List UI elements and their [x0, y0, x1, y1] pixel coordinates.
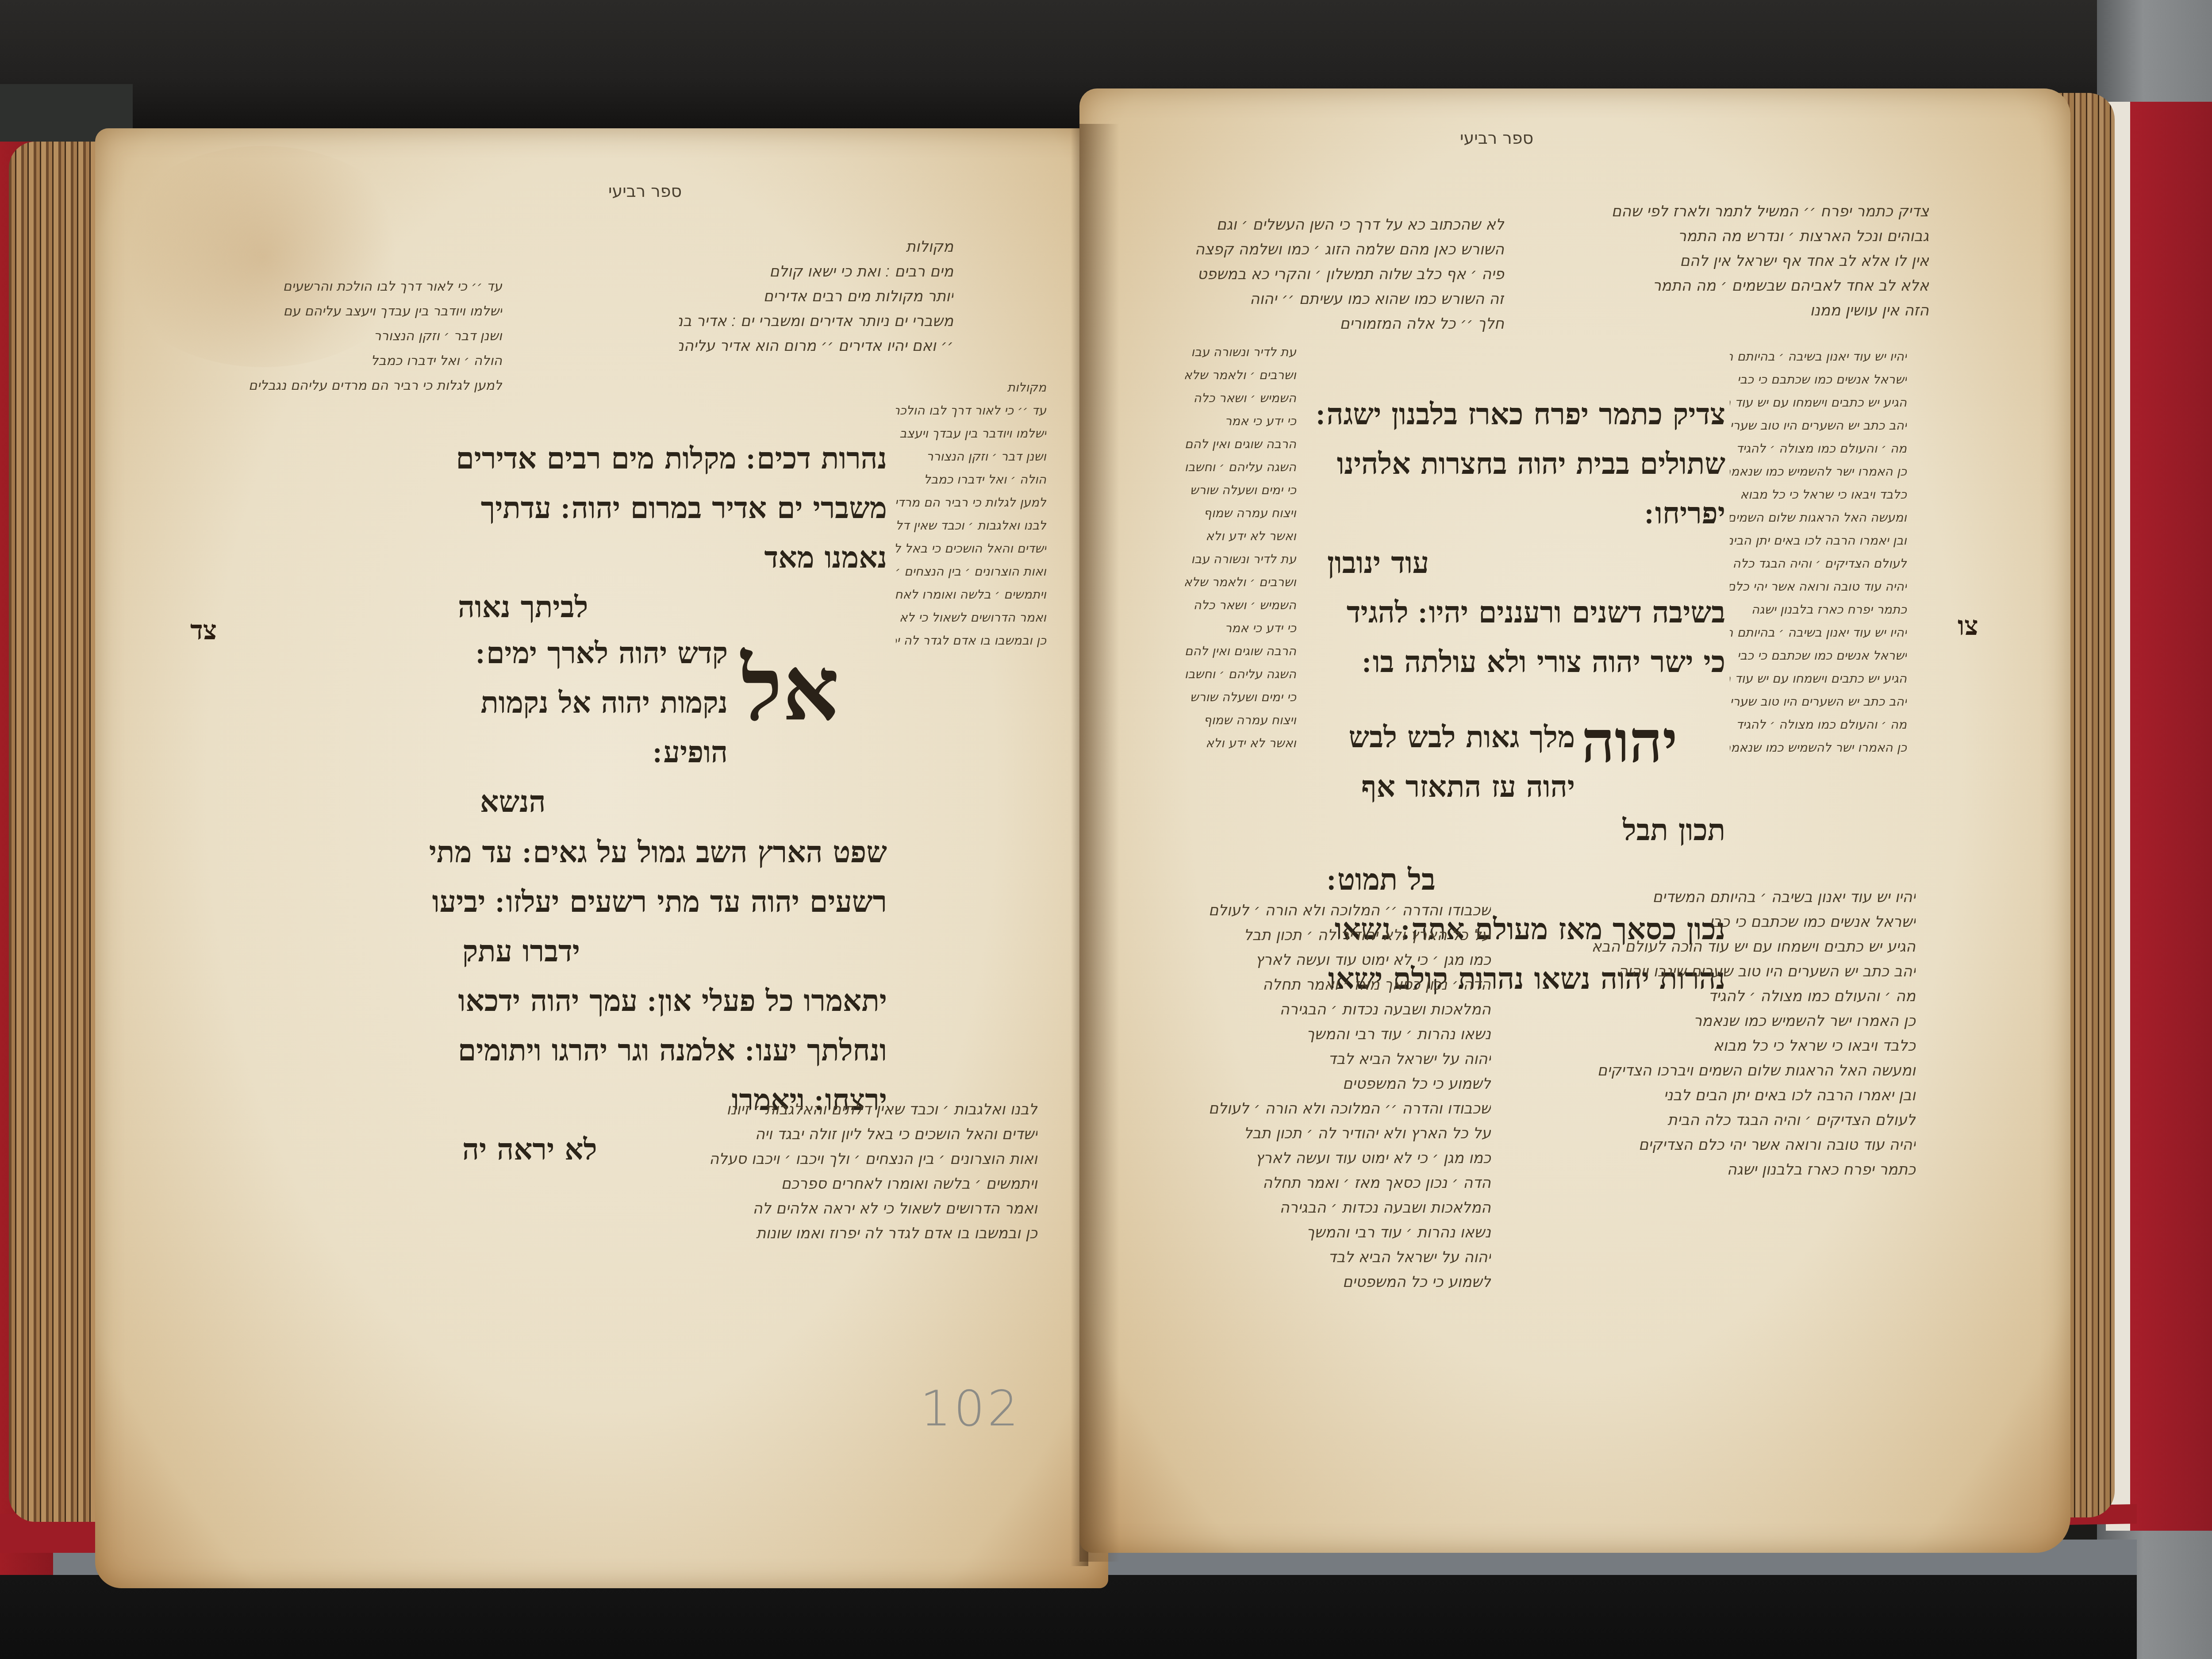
- text-line: מלך גאות לבש לבש: [1327, 712, 1575, 762]
- right-page: ספר רביעי צו לא שהכתוב כא על דרך כי השן …: [1079, 88, 2070, 1553]
- main-text-right-part2: מלך גאות לבש לבש יהוה עז התאזר אף: [1327, 712, 1575, 811]
- page-edges-left: [9, 142, 102, 1522]
- text-line: יהוה עז התאזר אף: [1327, 762, 1575, 811]
- main-text-left-part2: קדש יהוה לארך ימים ׃ נקמות יהוה אל נקמות…: [480, 628, 728, 826]
- commentary-top-left-right-page: לא שהכתוב כא על דרך כי השן העשלים ׳ וגם …: [1128, 212, 1504, 336]
- running-head-right: ספר רביעי: [1460, 128, 1533, 148]
- text-line: נאמנו מאד: [458, 533, 887, 582]
- text-line: ונחלתך יענו ׃ אלמנה וגר יהרגו ויתומים: [462, 1025, 887, 1075]
- text-line: עוד ינובון: [1327, 538, 1725, 588]
- commentary-bottom-left-right-page: שכבודו והדרה ׳׳ המלוכה ולא הורה ׳ לעולם …: [1137, 898, 1491, 1294]
- text-line: יפריחו ׃: [1327, 488, 1725, 538]
- pencil-foliation-number: 102: [920, 1380, 1021, 1437]
- initial-word-yhwh: יהוה: [1582, 708, 1678, 776]
- commentary-left-column: עד ׳׳ כי לאור דרך לבו הולכת והרשעים ישלמ…: [246, 274, 502, 398]
- text-line: צדיק כתמר יפרח כארז בלבנון ישגה ׃: [1327, 389, 1725, 439]
- text-line: קדש יהוה לארך ימים ׃: [480, 628, 728, 678]
- text-line: נהרות דכים ׃ מקלות מים רבים אדירים: [458, 434, 887, 483]
- text-line: תכון תבל: [1327, 805, 1725, 855]
- left-page: ספר רביעי צד מקולות מים רבים ׃ ואת כי יש…: [95, 128, 1108, 1588]
- text-line: כי ישר יהוה צורי ולא עולתה בו ׃: [1327, 637, 1725, 687]
- text-line: משברי ים אדיר במרום יהוה ׃ עדתיך: [458, 483, 887, 533]
- book-cover-red-right: [2106, 102, 2212, 1531]
- text-line: ידברו עתק: [462, 926, 887, 976]
- text-line: יתאמרו כל פעלי און ׃ עמך יהוה ידכאו: [462, 976, 887, 1025]
- commentary-bottom-right-right-page: יהיו יש עוד יאנון בשיבה ׳ בהיותם המשדים …: [1535, 885, 1916, 1182]
- commentary-top-left-page: מקולות מים רבים ׃ ואת כי ישאו קולם יותר …: [679, 234, 953, 358]
- gutter-shadow-right: [1079, 124, 1119, 1562]
- commentary-right-column-left-page: מקולות עד ׳׳ כי לאור דרך לבו הולכת והרשע…: [896, 376, 1046, 1194]
- main-text-left-part1: נהרות דכים ׃ מקלות מים רבים אדירים משברי…: [458, 434, 887, 632]
- text-line: נקמות יהוה אל נקמות: [480, 678, 728, 727]
- main-text-right-part1: צדיק כתמר יפרח כארז בלבנון ישגה ׃ שתולים…: [1327, 389, 1725, 687]
- text-line: הנשא: [480, 777, 728, 826]
- folio-marker-right: צו: [1958, 611, 1978, 641]
- commentary-top-right-right-page: צדיק כתמר יפרח ׳׳ המשיל לתמר ולארז לפי ש…: [1513, 199, 1929, 323]
- running-head-left: ספר רביעי: [608, 181, 682, 201]
- initial-word-el: אל: [741, 637, 839, 741]
- commentary-bottom-left-page: לבנו ואלגבות ׳ וכבד שאין דלתים והאלגבות …: [259, 1097, 1037, 1246]
- text-line: לביתך נאוה: [458, 582, 887, 632]
- text-line: שתולים בבית יהוה בחצרות אלהינו: [1327, 439, 1725, 488]
- commentary-left-column-right-page: עת לדיר ונשורה עבו ושרבים ׳ ולאמר שלא הש…: [1128, 341, 1296, 995]
- text-line: רשעים יהוה עד מתי רשעים יעלזו ׃ יביעו: [462, 877, 887, 926]
- text-line: בשיבה דשנים ורעננים יהיו ׃ להגיד: [1327, 588, 1725, 637]
- text-line: הופיע ׃: [480, 727, 728, 777]
- text-line: שפט הארץ השב גמול על גאים ׃ עד מתי: [462, 827, 887, 877]
- folio-marker-left: צד: [190, 615, 217, 646]
